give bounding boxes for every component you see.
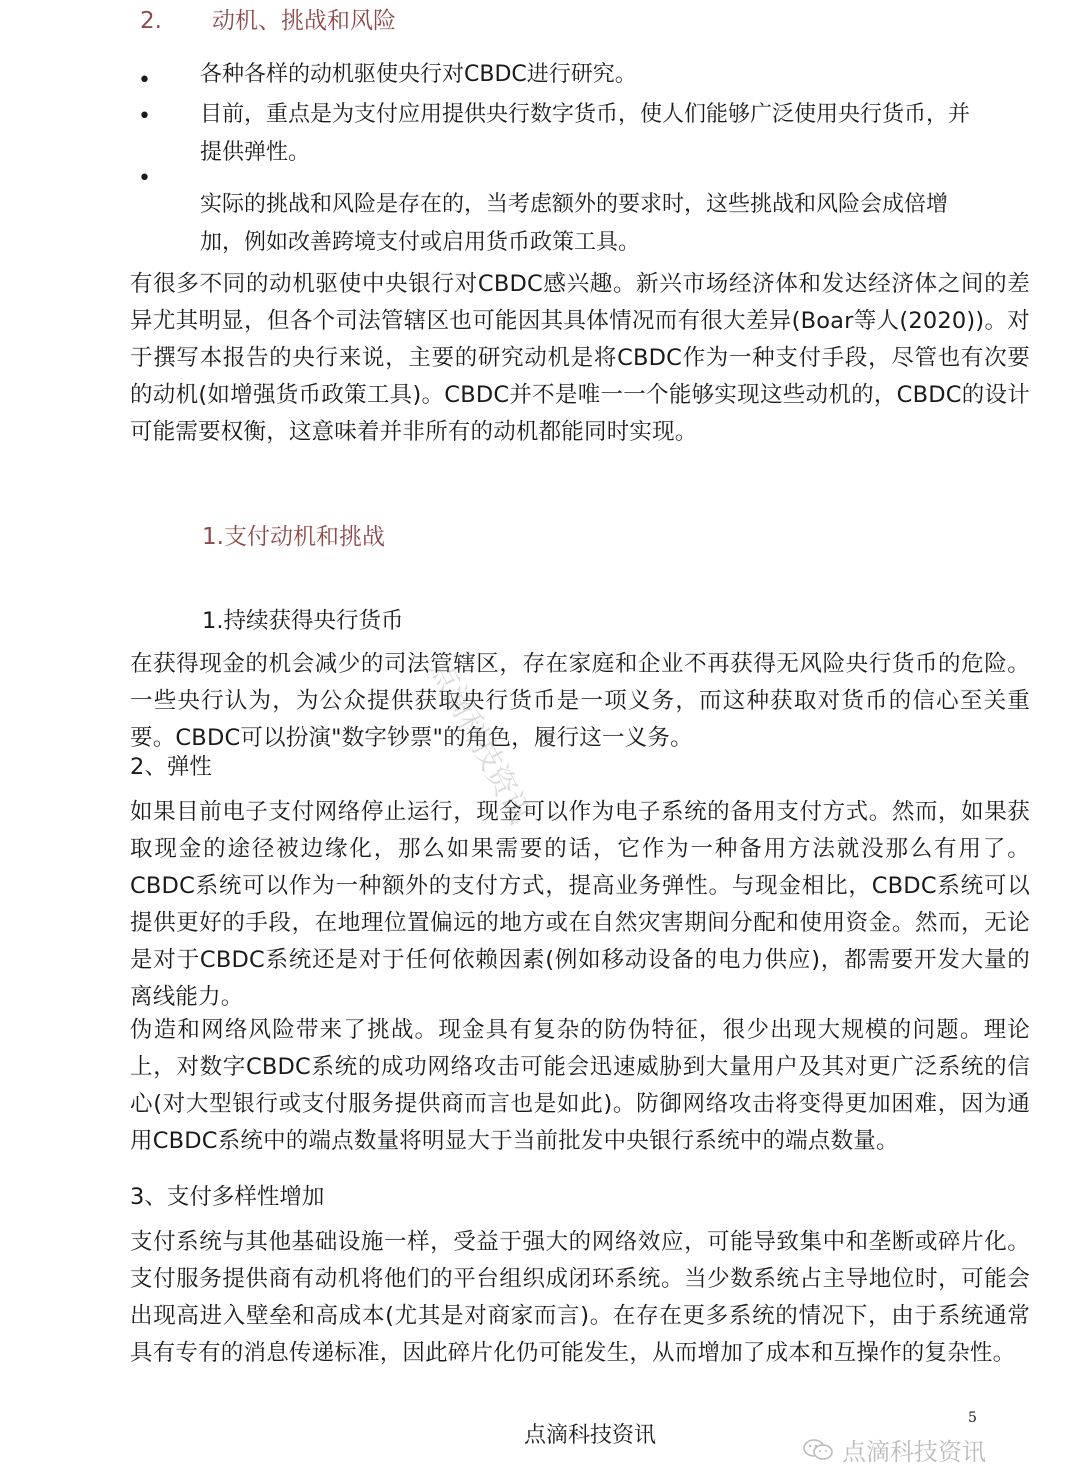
bullet-dot-icon: •: [138, 62, 151, 100]
bullet-item: • 各种各样的动机驱使央行对CBDC进行研究。: [138, 56, 978, 94]
footer-text: 点滴科技资讯: [524, 1418, 656, 1449]
intro-paragraph: 有很多不同的动机驱使中央银行对CBDC感兴趣。新兴市场经济体和发达经济体之间的差…: [130, 266, 1030, 451]
bullet-list: • 各种各样的动机驱使央行对CBDC进行研究。 • 目前，重点是为支付应用提供央…: [138, 56, 978, 262]
item-2-paragraph-2: 伪造和网络风险带来了挑战。现金具有复杂的防伪特征，很少出现大规模的问题。理论上，…: [130, 1012, 1030, 1160]
item-heading-1: 1.持续获得央行货币: [202, 604, 403, 638]
wechat-icon: [802, 1437, 836, 1463]
bullet-item: • 目前，重点是为支付应用提供央行数字货币，使人们能够广泛使用央行货币，并提供弹…: [138, 96, 970, 172]
item-3-paragraph: 支付系统与其他基础设施一样，受益于强大的网络效应，可能导致集中和垄断或碎片化。支…: [130, 1224, 1030, 1372]
section-heading: 2.动机、挑战和风险: [140, 4, 396, 38]
section-number: 2.: [140, 4, 212, 38]
bullet-text: 目前，重点是为支付应用提供央行数字货币，使人们能够广泛使用央行货币，并提供弹性。: [200, 102, 970, 165]
item-heading-2: 2、弹性: [130, 750, 212, 784]
item-2-paragraph-1: 如果目前电子支付网络停止运行，现金可以作为电子系统的备用支付方式。然而，如果获取…: [130, 794, 1030, 1016]
subsection-title: 1.支付动机和挑战: [202, 520, 385, 554]
page-number: 5: [968, 1410, 977, 1426]
bullet-text: 各种各样的动机驱使央行对CBDC进行研究。: [200, 62, 637, 87]
bullet-dot-icon: •: [138, 98, 151, 136]
item-1-paragraph: 在获得现金的机会减少的司法管辖区，存在家庭和企业不再获得无风险央行货币的危险。一…: [130, 646, 1030, 757]
item-heading-3: 3、支付多样性增加: [130, 1180, 324, 1214]
wechat-watermark-text: 点滴科技资讯: [842, 1432, 986, 1467]
bullet-dot-icon: •: [138, 160, 151, 198]
section-title: 动机、挑战和风险: [212, 8, 396, 34]
bullet-item: • 实际的挑战和风险是存在的，当考虑额外的要求时，这些挑战和风险会成倍增加，例如…: [138, 172, 970, 262]
wechat-watermark: 点滴科技资讯: [802, 1432, 986, 1467]
bullet-text: 实际的挑战和风险是存在的，当考虑额外的要求时，这些挑战和风险会成倍增加，例如改善…: [200, 192, 948, 255]
